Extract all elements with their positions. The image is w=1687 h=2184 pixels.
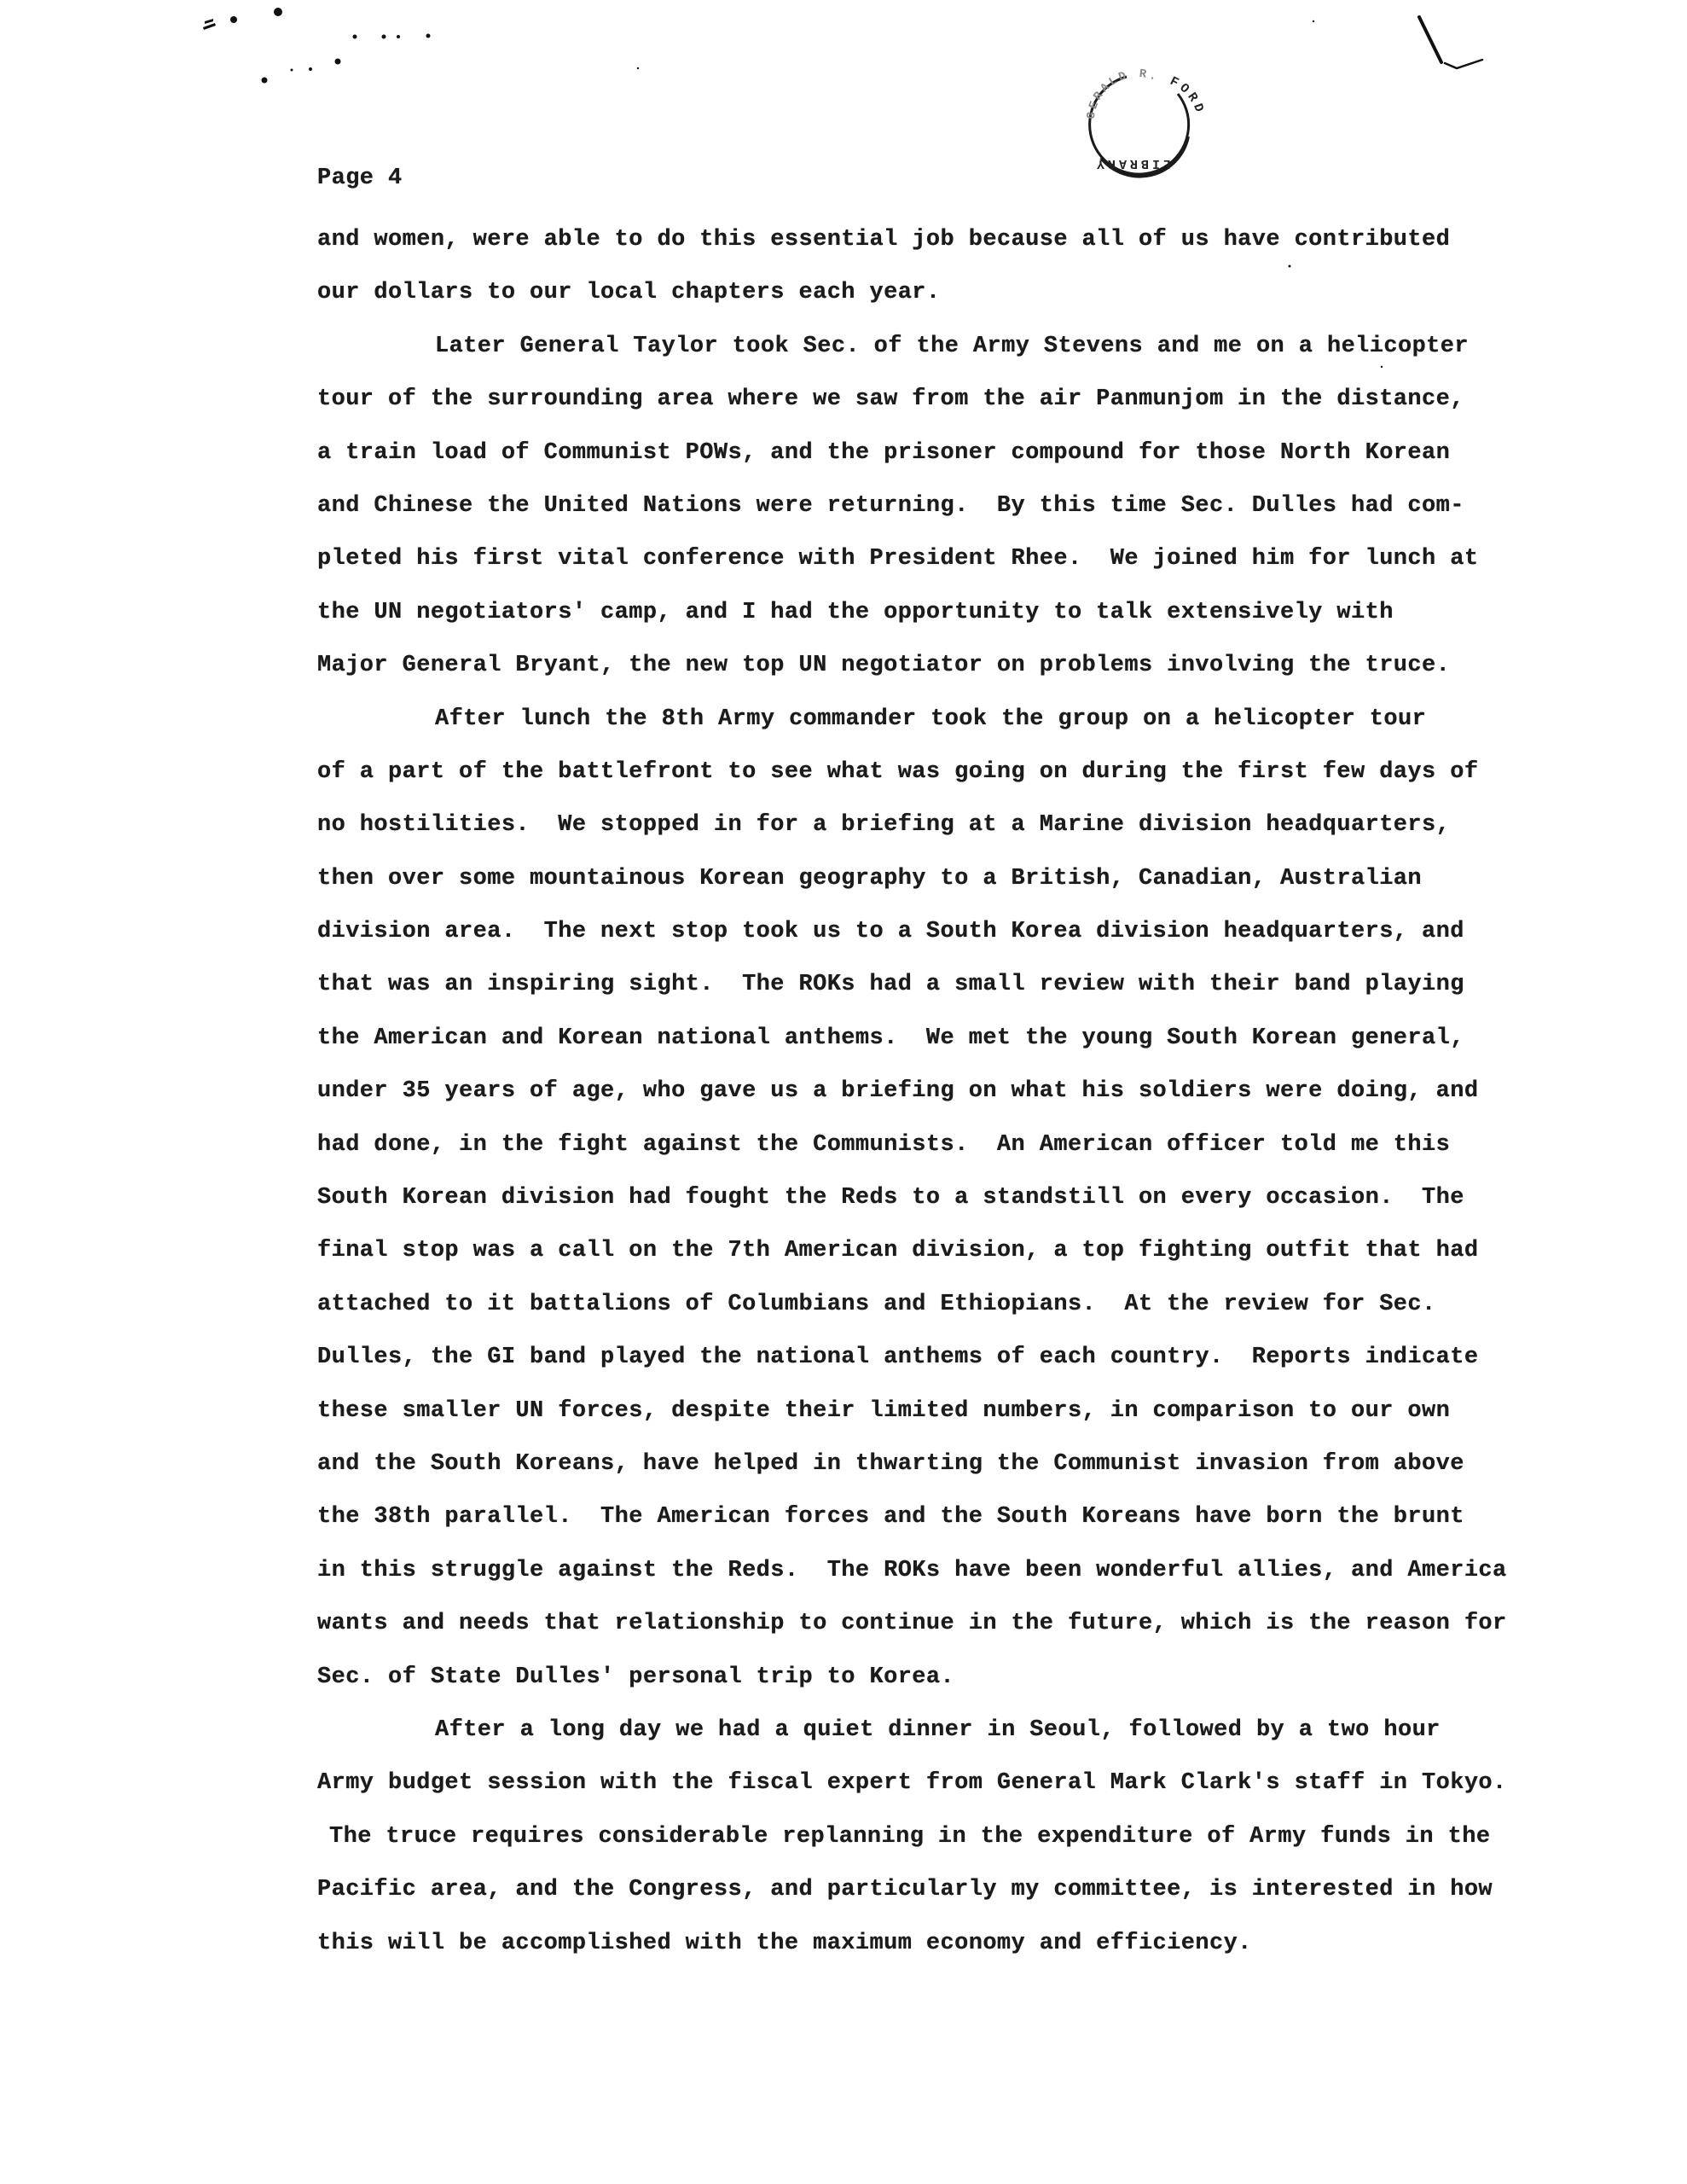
text-line: our dollars to our local chapters each y… [317,276,1507,329]
text-line: division area. The next stop took us to … [317,915,1507,968]
text-line: wants and needs that relationship to con… [317,1607,1507,1660]
text-line: Sec. of State Dulles' personal trip to K… [317,1661,1507,1714]
text-line: under 35 years of age, who gave us a bri… [317,1075,1507,1128]
text-line: final stop was a call on the 7th America… [317,1234,1507,1287]
text-line: in this struggle against the Reds. The R… [317,1554,1507,1607]
svg-text:LIBRARY: LIBRARY [1093,156,1171,171]
stamp-bottom-text: LIBRARY [1093,156,1171,171]
document-body: and women, were able to do this essentia… [317,224,1507,1980]
text-line: attached to it battalions of Columbians … [317,1288,1507,1341]
text-line: pleted his first vital conference with P… [317,543,1507,595]
text-line: these smaller UN forces, despite their l… [317,1395,1507,1448]
text-line: Dulles, the GI band played the national … [317,1341,1507,1394]
text-line: tour of the surrounding area where we sa… [317,383,1507,436]
text-line: that was an inspiring sight. The ROKs ha… [317,968,1507,1021]
document-page: GERALD R. FORD LIBRARY Page 4 and women,… [0,0,1687,2184]
text-line: then over some mountainous Korean geogra… [317,863,1507,915]
text-line: the American and Korean national anthems… [317,1022,1507,1075]
text-line: and Chinese the United Nations were retu… [317,490,1507,543]
text-line: this will be accomplished with the maxim… [317,1927,1507,1980]
archive-stamp-icon: GERALD R. FORD LIBRARY [1060,60,1214,188]
text-line: the 38th parallel. The American forces a… [317,1501,1507,1554]
text-line: Army budget session with the fiscal expe… [317,1767,1507,1820]
text-line: had done, in the fight against the Commu… [317,1129,1507,1182]
svg-text:GERALD R.: GERALD R. [1085,67,1161,120]
page-number: Page 4 [317,166,403,191]
text-line: Major General Bryant, the new top UN neg… [317,649,1507,702]
text-line: and women, were able to do this essentia… [317,224,1507,276]
stamp-top-text: GERALD R. [1085,67,1161,120]
text-line: and the South Koreans, have helped in th… [317,1448,1507,1501]
text-line: The truce requires considerable replanni… [317,1821,1507,1873]
text-line: Pacific area, and the Congress, and part… [317,1873,1507,1926]
text-line: After lunch the 8th Army commander took … [317,703,1507,756]
text-line: South Korean division had fought the Red… [317,1182,1507,1234]
text-line: no hostilities. We stopped in for a brie… [317,809,1507,862]
text-line: Later General Taylor took Sec. of the Ar… [317,330,1507,383]
text-line: of a part of the battlefront to see what… [317,756,1507,809]
text-line: a train load of Communist POWs, and the … [317,437,1507,490]
text-line: After a long day we had a quiet dinner i… [317,1714,1507,1767]
text-line: the UN negotiators' camp, and I had the … [317,596,1507,649]
